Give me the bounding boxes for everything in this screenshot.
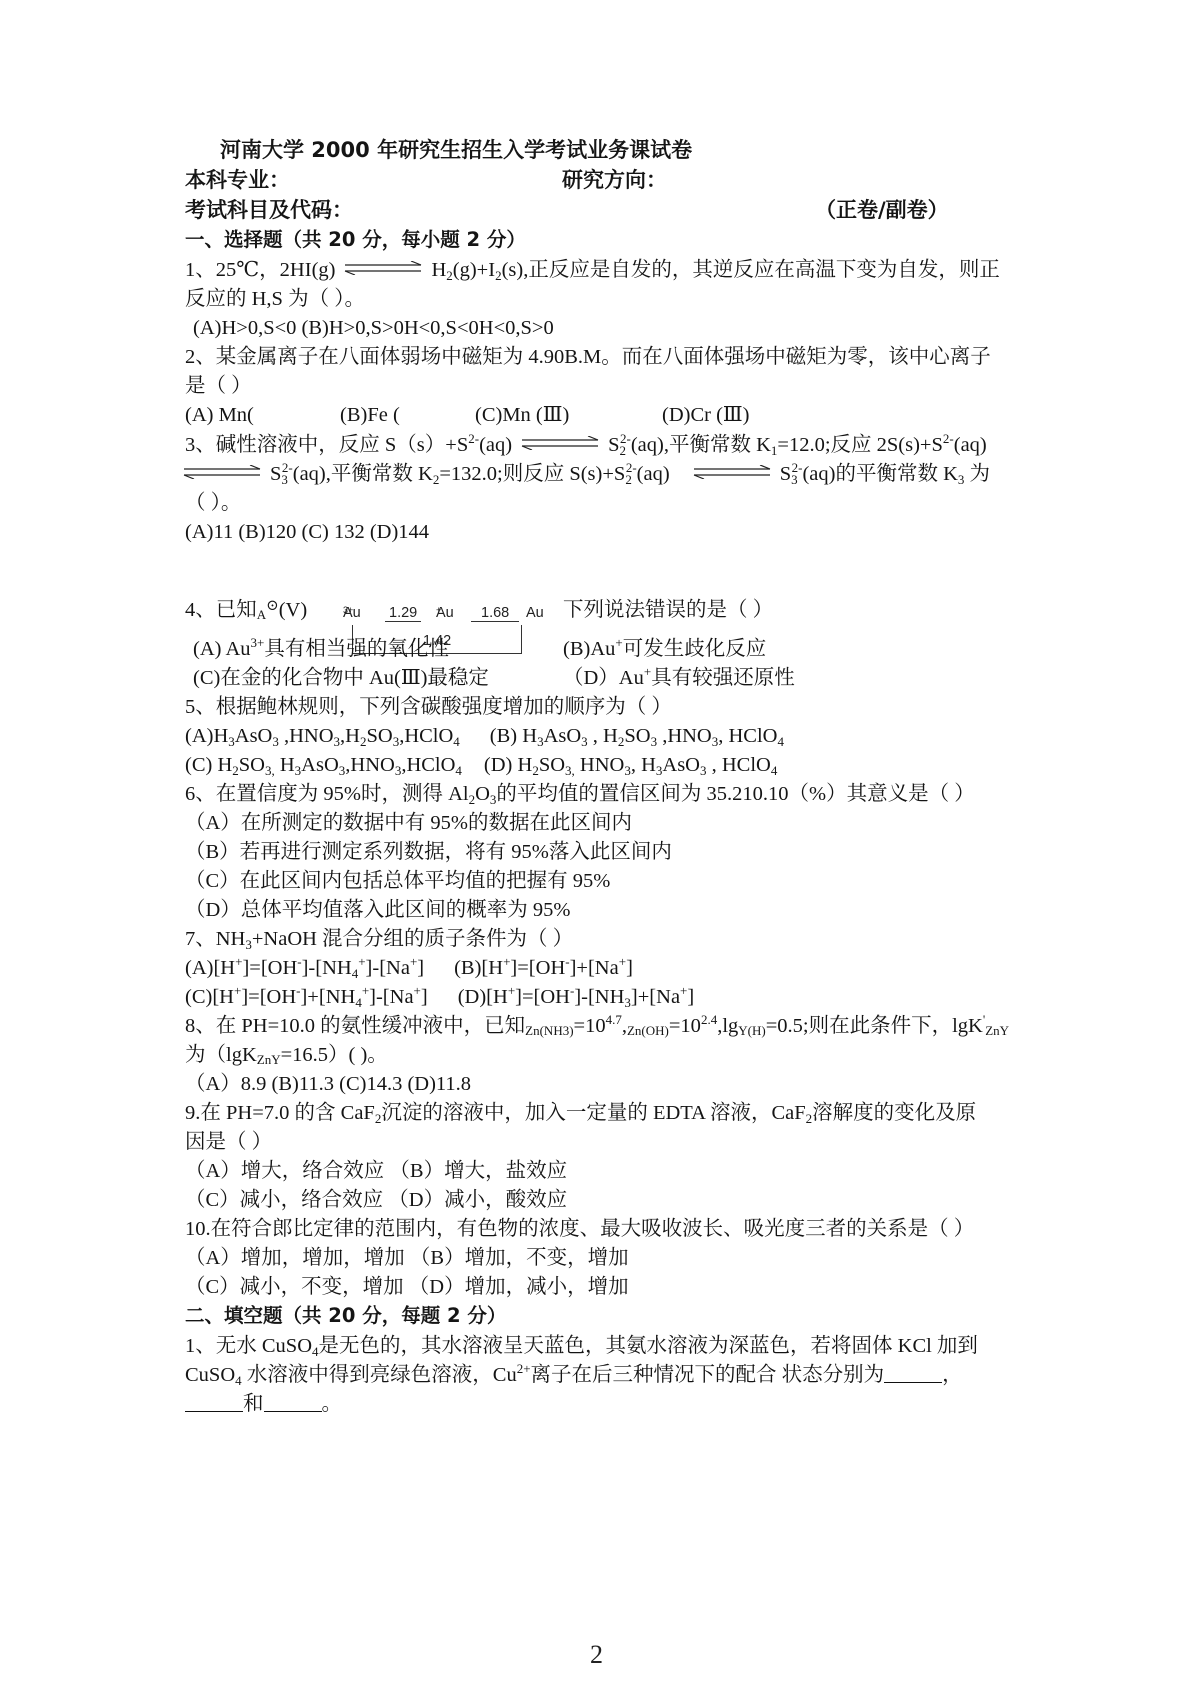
q6-line1: 6、在置信度为 95%时，测得 Al2O3的平均值的置信区间为 35.210.1…: [185, 780, 975, 808]
s2-q1-line1: 1、无水 CuSO4是无色的，其水溶液呈天蓝色，其氨水溶液为深蓝色，若将固体 K…: [185, 1332, 978, 1360]
q4-option-c: (C)在金的化合物中 Au(Ⅲ)最稳定: [193, 664, 489, 692]
s2-q1-line3: 和。: [185, 1390, 342, 1418]
fill-blank-1[interactable]: [884, 1362, 942, 1383]
q6-option-a: （A）在所测定的数据中有 95%的数据在此区间内: [185, 809, 632, 837]
paper-type: （正卷/副卷）: [815, 196, 949, 224]
q3-line1: 3、碱性溶液中，反应 S（s）+S2-(aq)S22-(aq),平衡常数 K1=…: [185, 431, 987, 459]
q3-line2: S32-(aq),平衡常数 K2=132.0;则反应 S(s)+S22-(aq)…: [182, 460, 990, 488]
q6-option-b: （B）若再进行测定系列数据，将有 95%落入此区间内: [185, 838, 672, 866]
major-label: 本科专业：: [185, 166, 290, 194]
q7-options-ab: (A)[H+]=[OH-]-[NH4+]-[Na+](B)[H+]=[OH-]+…: [185, 954, 633, 982]
q9-options-cd: （C）减小，络合效应 （D）减小，酸效应: [185, 1186, 567, 1214]
q4-option-b: (B)Au+可发生歧化反应: [563, 635, 766, 663]
q9-line1: 9.在 PH=7.0 的含 CaF2沉淀的溶液中，加入一定量的 EDTA 溶液，…: [185, 1099, 976, 1127]
section2-heading: 二、填空题（共 20 分，每题 2 分）: [185, 1302, 506, 1330]
s2-q1-line2: CuSO4 水溶液中得到亮绿色溶液，Cu2+离子在后三种情况下的配合 状态分别为…: [185, 1361, 963, 1389]
q10-options-ab: （A）增加，增加，增加 （B）增加，不变，增加: [185, 1244, 629, 1272]
q5-options-cd: (C) H2SO3, H3AsO3,HNO3,HClO4(D) H2SO3, H…: [185, 751, 777, 779]
q4-tail: 下列说法错误的是（ ）: [563, 596, 773, 624]
fill-blank-2[interactable]: [185, 1391, 243, 1412]
q3-options: (A)11 (B)120 (C) 132 (D)144: [185, 518, 429, 546]
exam-page: 河南大学 2000 年研究生招生入学考试业务课试卷 本科专业： 研究方向： 考试…: [0, 0, 1190, 1683]
page-number: 2: [590, 1640, 603, 1670]
q10-line1: 10.在符合郎比定律的范围内，有色物的浓度、最大吸收波长、吸光度三者的关系是（ …: [185, 1215, 974, 1243]
subject-label: 考试科目及代码：: [185, 196, 353, 224]
q6-option-c: （C）在此区间内包括总体平均值的把握有 95%: [185, 867, 610, 895]
q9-options-ab: （A）增大，络合效应 （B）增大，盐效应: [185, 1157, 567, 1185]
q7-options-cd: (C)[H+]=[OH-]+[NH4+]-[Na+](D)[H+]=[OH-]-…: [185, 983, 694, 1011]
q6-option-d: （D）总体平均值落入此区间的概率为 95%: [185, 896, 571, 924]
equilibrium-arrow-icon: [520, 436, 600, 450]
q2-line2: 是（ ）: [185, 372, 252, 400]
q10-options-cd: （C）减小，不变，增加 （D）增加，减小，增加: [185, 1273, 629, 1301]
q5-line1: 5、根据鲍林规则，下列含碳酸强度增加的顺序为（ ）: [185, 693, 672, 721]
equilibrium-arrow-icon: [343, 261, 423, 275]
direction-label: 研究方向：: [562, 166, 667, 194]
equilibrium-arrow-icon: [182, 465, 262, 479]
equilibrium-arrow-icon: [692, 465, 772, 479]
q7-line1: 7、NH3+NaOH 混合分组的质子条件为（ ）: [185, 925, 573, 953]
fill-blank-3[interactable]: [264, 1391, 322, 1412]
q2-option-c: (C)Mn (Ⅲ): [475, 401, 569, 429]
q4-line1: 4、已知A⊙(V): [185, 596, 307, 629]
q8-options: （A）8.9 (B)11.3 (C)14.3 (D)11.8: [185, 1070, 471, 1098]
q1-options: (A)H>0,S<0 (B)H>0,S>0H<0,S<0H<0,S>0: [193, 314, 554, 342]
q1-line2: 反应的 H,S 为（ ）。: [185, 285, 365, 313]
q4-option-d: （D）Au+具有较强还原性: [563, 664, 795, 692]
q2-option-a: (A) Mn(: [185, 401, 254, 429]
section1-heading: 一、选择题（共 20 分，每小题 2 分）: [185, 226, 526, 254]
q3-line3: （ ）。: [185, 489, 241, 517]
q2-option-d: (D)Cr (Ⅲ): [662, 401, 750, 429]
exam-title: 河南大学 2000 年研究生招生入学考试业务课试卷: [220, 136, 692, 164]
q1-line1: 1、25℃，2HI(g)H2(g)+I2(s),正反应是自发的，其逆反应在高温下…: [185, 256, 1000, 284]
q9-line2: 因是（ ）: [185, 1128, 272, 1156]
q2-option-b: (B)Fe (: [340, 401, 400, 429]
q5-options-ab: (A)H3AsO3 ,HNO3,H2SO3,HClO4(B) H3AsO3 , …: [185, 722, 784, 750]
q2-line1: 2、某金属离子在八面体弱场中磁矩为 4.90B.M。而在八面体强场中磁矩为零，该…: [185, 343, 991, 371]
q4-option-a: (A) Au3+具有相当强的氧化性: [193, 635, 449, 663]
